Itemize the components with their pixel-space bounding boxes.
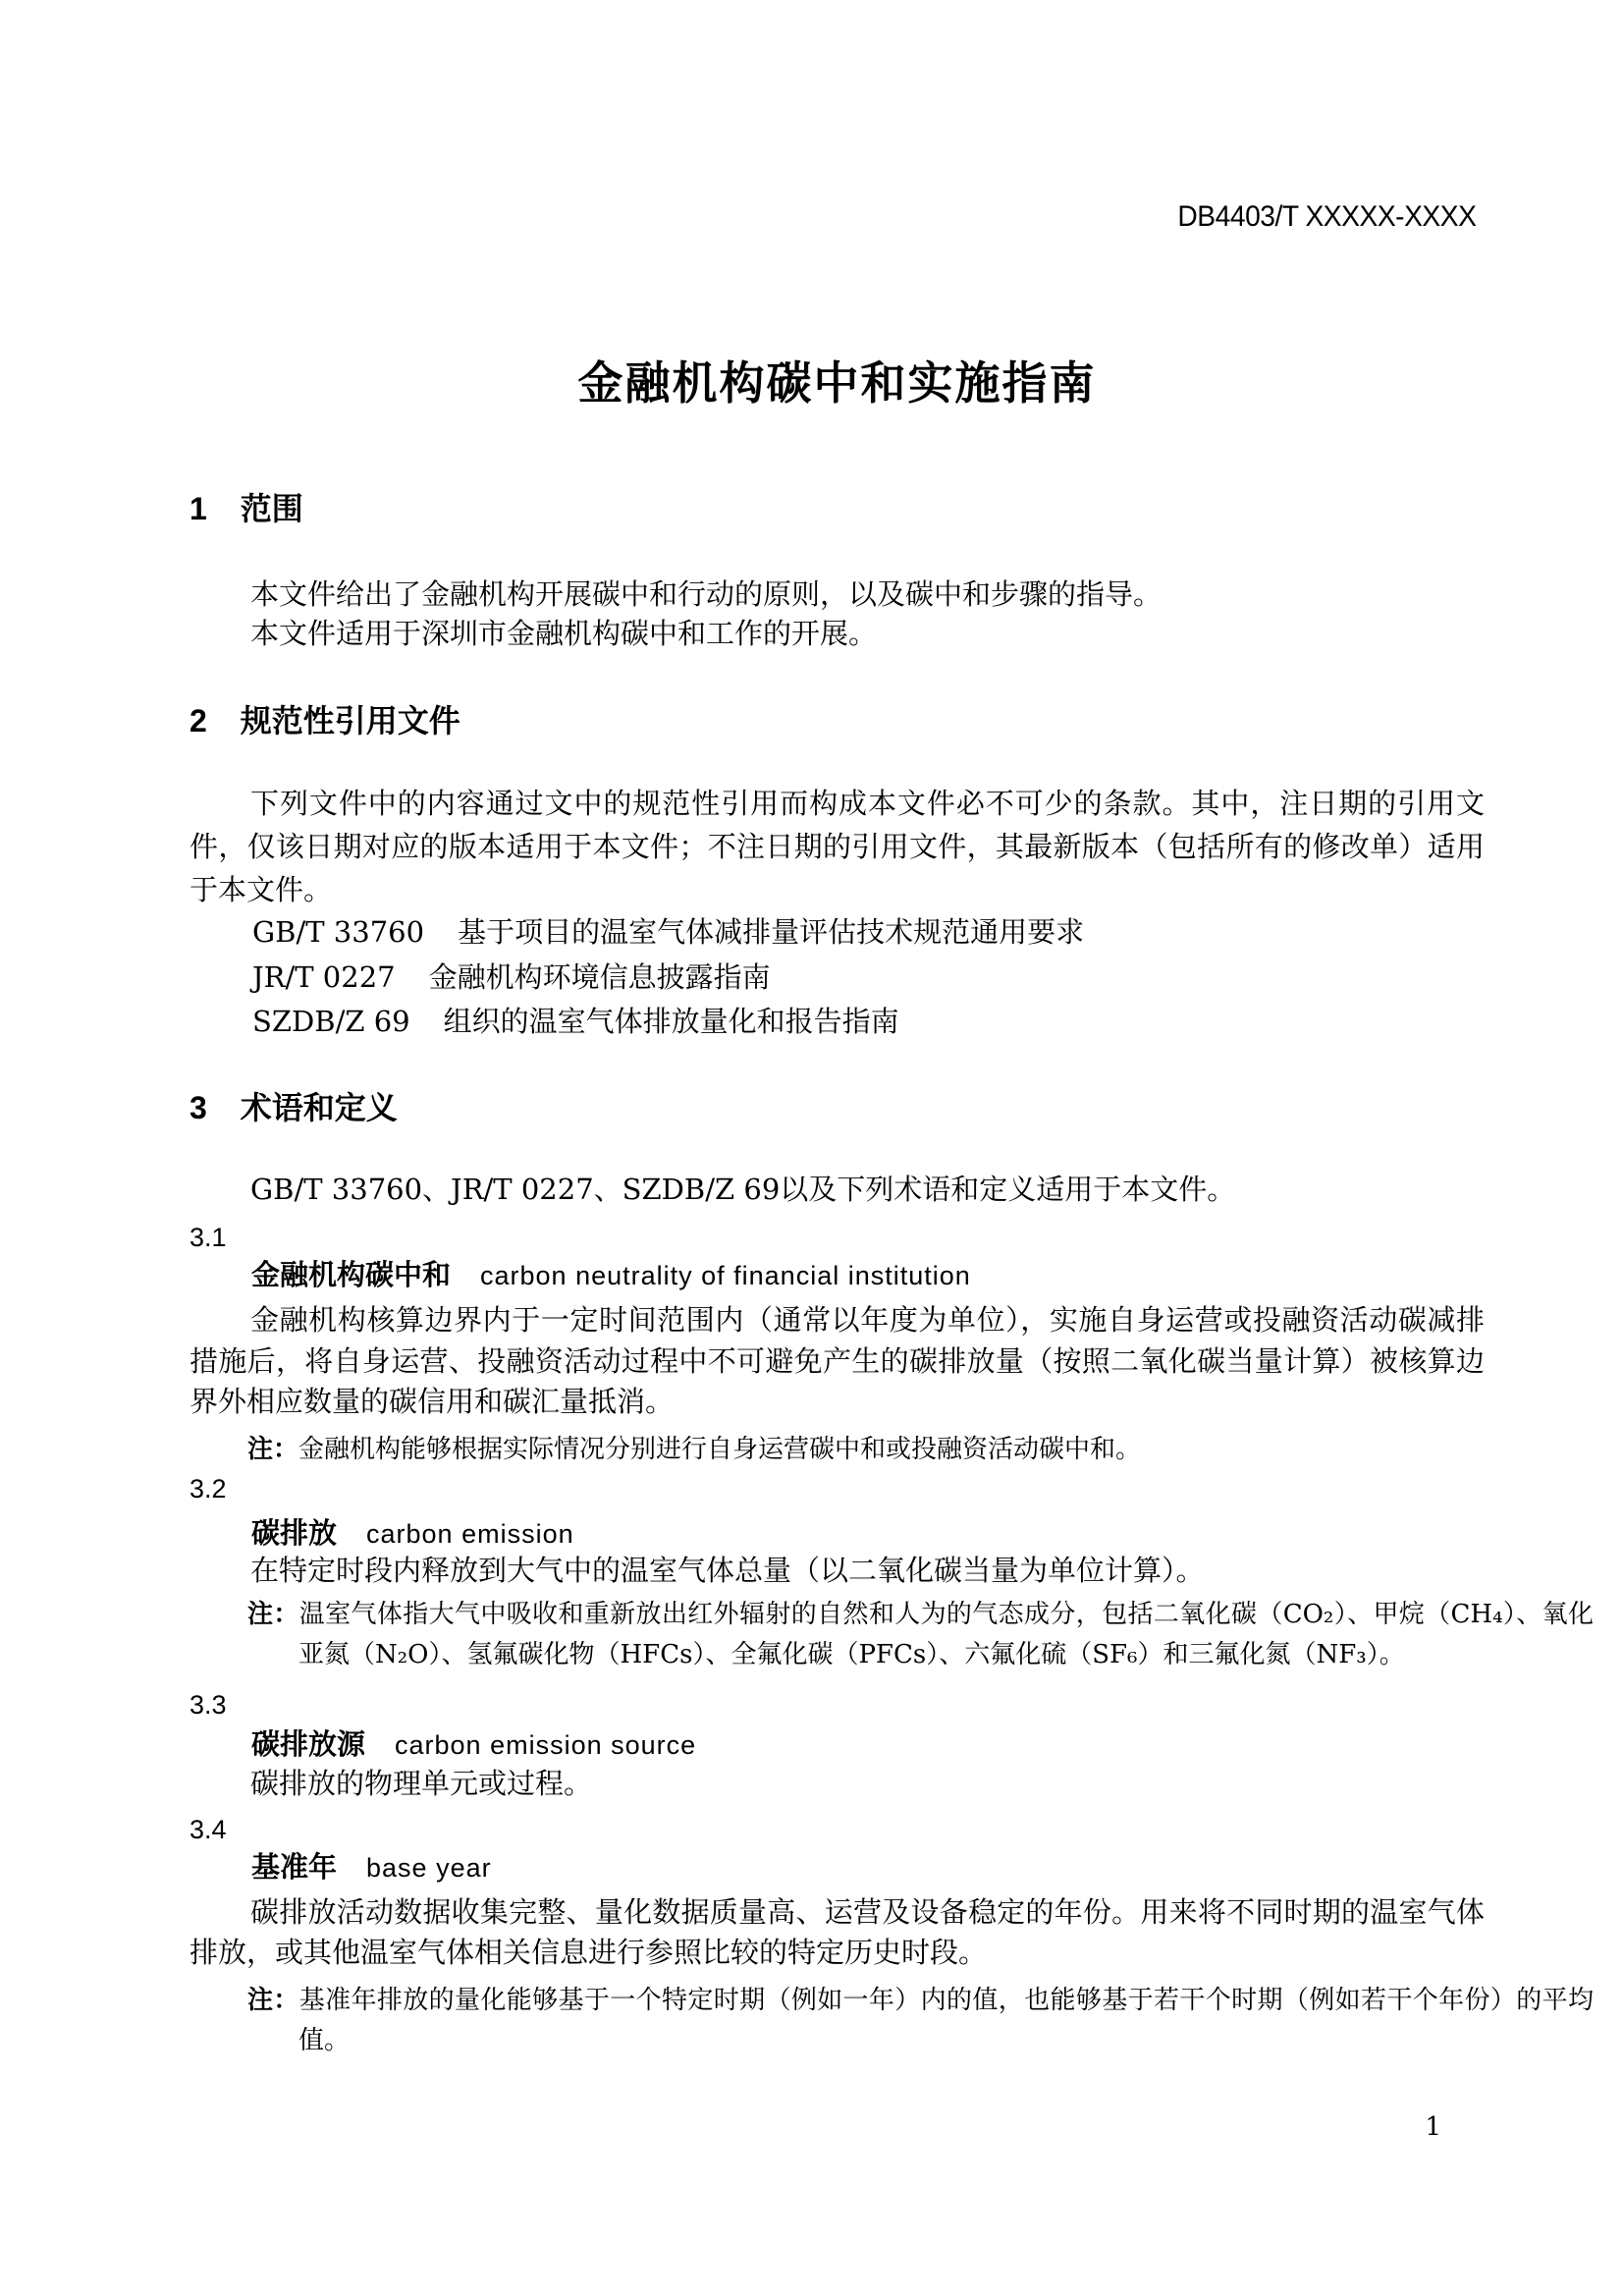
term-3-3-definition: 碳排放的物理单元或过程。 bbox=[189, 1764, 1485, 1804]
note-text: 温室气体指大气中吸收和重新放出红外辐射的自然和人为的气态成分，包括二氧化碳（CO… bbox=[298, 1600, 1594, 1669]
term-3-1-number: 3.1 bbox=[189, 1219, 1485, 1256]
term-en: carbon emission source bbox=[395, 1730, 696, 1760]
term-3-2-definition: 在特定时段内释放到大气中的温室气体总量（以二氧化碳当量为单位计算）。 bbox=[189, 1551, 1485, 1591]
reference-code: SZDB/Z 69 bbox=[252, 1005, 410, 1038]
section-3-heading: 3术语和定义 bbox=[189, 1088, 1485, 1127]
term-zh: 基准年 bbox=[251, 1852, 337, 1884]
reference-code: GB/T 33760 bbox=[252, 915, 424, 949]
reference-item: GB/T 33760基于项目的温室气体减排量评估技术规范通用要求 bbox=[252, 912, 1547, 953]
note-label: 注： bbox=[247, 1985, 299, 2014]
section-1-heading-text: 范围 bbox=[241, 491, 303, 526]
document-page: DB4403/T XXXXX-XXXX 金融机构碳中和实施指南 1范围 本文件给… bbox=[0, 0, 1623, 2296]
section-2-heading-text: 规范性引用文件 bbox=[241, 703, 460, 738]
term-en: base year bbox=[366, 1853, 492, 1883]
term-3-3-number: 3.3 bbox=[189, 1686, 1485, 1723]
normative-references-intro: 下列文件中的内容通过文中的规范性引用而构成本文件必不可少的条款。其中，注日期的引… bbox=[189, 782, 1485, 911]
document-title: 金融机构碳中和实施指南 bbox=[189, 356, 1485, 410]
section-2-number: 2 bbox=[189, 703, 207, 738]
section-1-heading: 1范围 bbox=[189, 489, 1485, 528]
term-3-1-title: 金融机构碳中和carbon neutrality of financial in… bbox=[251, 1256, 1546, 1299]
section-2-heading: 2规范性引用文件 bbox=[189, 701, 1485, 740]
note-text: 金融机构能够根据实际情况分别进行自身运营碳中和或投融资活动碳中和。 bbox=[298, 1435, 1141, 1464]
terms-intro: GB/T 33760、JR/T 0227、SZDB/Z 69以及下列术语和定义适… bbox=[189, 1170, 1485, 1210]
term-3-1-definition: 金融机构核算边界内于一定时间范围内（通常以年度为单位），实施自身运营或投融资活动… bbox=[189, 1300, 1485, 1423]
scope-paragraph-2: 本文件适用于深圳市金融机构碳中和工作的开展。 bbox=[189, 614, 1485, 654]
term-3-4-definition: 碳排放活动数据收集完整、量化数据质量高、运营及设备稳定的年份。用来将不同时期的温… bbox=[189, 1892, 1485, 1973]
reference-title: 基于项目的温室气体减排量评估技术规范通用要求 bbox=[458, 915, 1084, 949]
term-3-4-note: 注：基准年排放的量化能够基于一个特定时期（例如一年）内的值，也能够基于若干个时期… bbox=[247, 1980, 1594, 2061]
section-1-number: 1 bbox=[189, 491, 207, 526]
reference-title: 组织的温室气体排放量化和报告指南 bbox=[444, 1005, 899, 1038]
term-3-4-number: 3.4 bbox=[189, 1811, 1485, 1848]
scope-paragraph-1: 本文件给出了金融机构开展碳中和行动的原则，以及碳中和步骤的指导。 bbox=[189, 574, 1485, 615]
term-zh: 金融机构碳中和 bbox=[251, 1260, 451, 1291]
standard-code-header: DB4403/T XXXXX-XXXX bbox=[1177, 199, 1476, 235]
term-3-3-title: 碳排放源carbon emission source bbox=[251, 1725, 1546, 1769]
term-en: carbon neutrality of financial instituti… bbox=[480, 1261, 971, 1290]
term-zh: 碳排放源 bbox=[251, 1729, 365, 1761]
term-3-2-number: 3.2 bbox=[189, 1470, 1485, 1507]
note-label: 注： bbox=[247, 1434, 298, 1463]
note-text: 基准年排放的量化能够基于一个特定时期（例如一年）内的值，也能够基于若干个时期（例… bbox=[298, 1986, 1594, 2055]
term-en: carbon emission bbox=[366, 1519, 574, 1549]
term-3-4-title: 基准年base year bbox=[251, 1848, 1546, 1891]
section-3-number: 3 bbox=[189, 1090, 207, 1125]
reference-title: 金融机构环境信息披露指南 bbox=[429, 960, 771, 994]
section-3-heading-text: 术语和定义 bbox=[241, 1090, 398, 1125]
note-label: 注： bbox=[247, 1599, 299, 1628]
reference-item: SZDB/Z 69组织的温室气体排放量化和报告指南 bbox=[252, 1002, 1547, 1042]
term-zh: 碳排放 bbox=[251, 1518, 337, 1550]
reference-item: JR/T 0227金融机构环境信息披露指南 bbox=[252, 957, 1547, 998]
term-3-1-note: 注：金融机构能够根据实际情况分别进行自身运营碳中和或投融资活动碳中和。 bbox=[247, 1429, 1594, 1470]
term-3-2-note: 注：温室气体指大气中吸收和重新放出红外辐射的自然和人为的气态成分，包括二氧化碳（… bbox=[247, 1594, 1594, 1675]
page-number: 1 bbox=[1425, 2111, 1441, 2143]
reference-code: JR/T 0227 bbox=[252, 960, 396, 994]
